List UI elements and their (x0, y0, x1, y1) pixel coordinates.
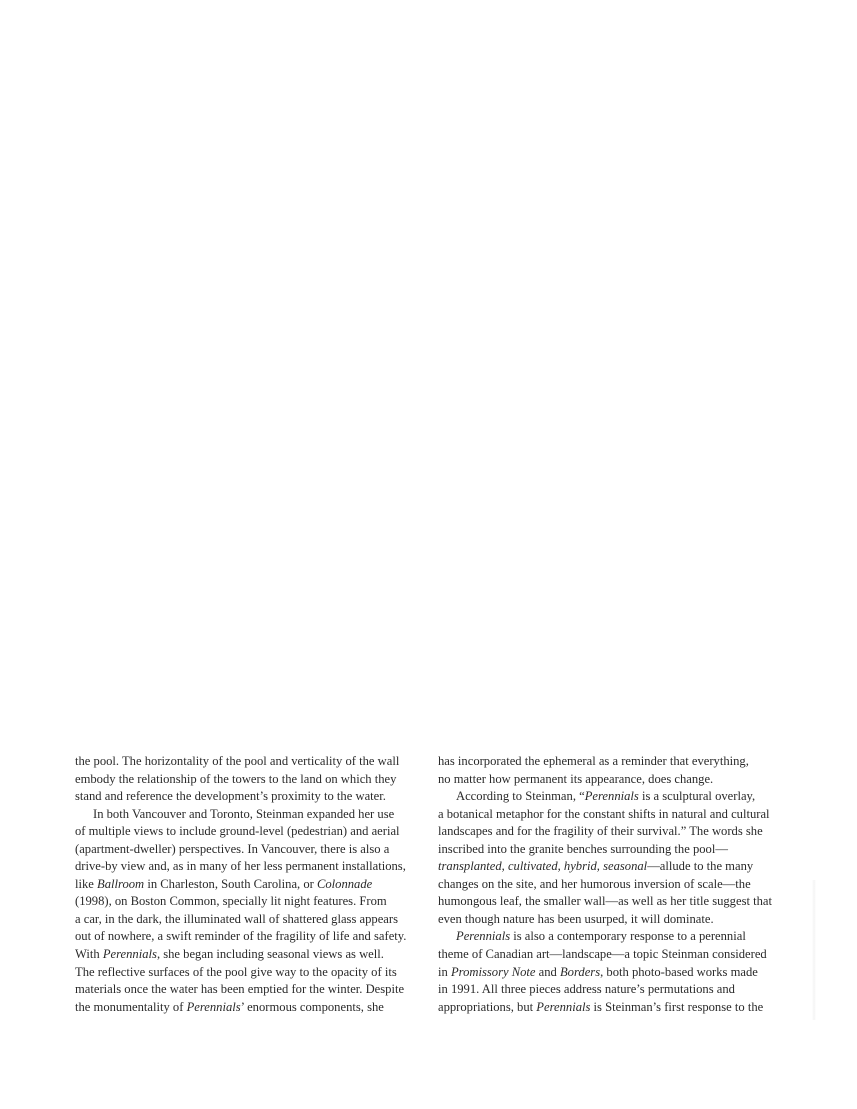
text-line: the pool. The horizontality of the pool … (75, 753, 420, 771)
text-segment: (1998), on Boston Common, specially lit … (75, 894, 387, 908)
text-segment: changes on the site, and her humorous in… (438, 877, 751, 891)
inscribed-words: transplanted, cultivated, hybrid, season… (438, 859, 647, 873)
text-line: theme of Canadian art—landscape—a topic … (438, 946, 788, 964)
text-segment: the pool. The horizontality of the pool … (75, 754, 399, 768)
text-segment: out of nowhere, a swift reminder of the … (75, 929, 406, 943)
text-line: no matter how permanent its appearance, … (438, 771, 788, 789)
text-line: materials once the water has been emptie… (75, 981, 420, 999)
text-line: the monumentality of Perennials’ enormou… (75, 999, 420, 1017)
text-segment: is a sculptural overlay, (639, 789, 755, 803)
text-line: has incorporated the ephemeral as a remi… (438, 753, 788, 771)
text-segment: in 1991. All three pieces address nature… (438, 982, 735, 996)
text-line: appropriations, but Perennials is Steinm… (438, 999, 788, 1017)
text-segment: stand and reference the development’s pr… (75, 789, 386, 803)
scan-edge-shadow (812, 880, 816, 1020)
artwork-title: Colonnade (317, 877, 372, 891)
text-segment: theme of Canadian art—landscape—a topic … (438, 947, 767, 961)
artwork-title: Promissory Note (451, 965, 536, 979)
text-segment: drive-by view and, as in many of her les… (75, 859, 406, 873)
text-line: changes on the site, and her humorous in… (438, 876, 788, 894)
text-segment: even though nature has been usurped, it … (438, 912, 714, 926)
text-segment: embody the relationship of the towers to… (75, 772, 396, 786)
text-line: humongous leaf, the smaller wall—as well… (438, 893, 788, 911)
text-line: embody the relationship of the towers to… (75, 771, 420, 789)
paragraph-start-line: In both Vancouver and Toronto, Steinman … (75, 806, 420, 824)
text-segment: inscribed into the granite benches surro… (438, 842, 728, 856)
text-segment: , both photo-based works made (600, 965, 758, 979)
text-segment: With (75, 947, 103, 961)
text-segment: —allude to the many (647, 859, 753, 873)
paragraph-start-line: Perennials is also a contemporary respon… (438, 928, 788, 946)
artwork-title: Ballroom (97, 877, 144, 891)
text-segment: is also a contemporary response to a per… (510, 929, 746, 943)
text-line: in 1991. All three pieces address nature… (438, 981, 788, 999)
text-segment: In both Vancouver and Toronto, Steinman … (93, 807, 394, 821)
artwork-title: Perennials (536, 1000, 590, 1014)
text-segment: a botanical metaphor for the constant sh… (438, 807, 770, 821)
text-line: The reflective surfaces of the pool give… (75, 964, 420, 982)
text-segment: appropriations, but (438, 1000, 536, 1014)
text-line: out of nowhere, a swift reminder of the … (75, 928, 420, 946)
text-segment: landscapes and for the fragility of thei… (438, 824, 763, 838)
text-line: (1998), on Boston Common, specially lit … (75, 893, 420, 911)
text-line: in Promissory Note and Borders, both pho… (438, 964, 788, 982)
text-segment: ’ enormous components, she (241, 1000, 384, 1014)
paragraph-start-line: According to Steinman, “Perennials is a … (438, 788, 788, 806)
artwork-title: Perennials (585, 789, 639, 803)
text-segment: materials once the water has been emptie… (75, 982, 404, 996)
text-segment: of multiple views to include ground-leve… (75, 824, 400, 838)
artwork-title: Perennials (187, 1000, 241, 1014)
text-segment: in Charleston, South Carolina, or (144, 877, 317, 891)
text-segment: and (536, 965, 560, 979)
text-line: (apartment-dweller) perspectives. In Van… (75, 841, 420, 859)
text-segment: (apartment-dweller) perspectives. In Van… (75, 842, 389, 856)
text-segment: the monumentality of (75, 1000, 187, 1014)
text-line: inscribed into the granite benches surro… (438, 841, 788, 859)
text-line: like Ballroom in Charleston, South Carol… (75, 876, 420, 894)
left-text-column: the pool. The horizontality of the pool … (75, 753, 420, 1016)
text-segment: is Steinman’s first response to the (590, 1000, 763, 1014)
text-line: of multiple views to include ground-leve… (75, 823, 420, 841)
text-segment: , she began including seasonal views as … (157, 947, 384, 961)
right-text-column: has incorporated the ephemeral as a remi… (438, 753, 788, 1016)
text-segment: like (75, 877, 97, 891)
text-line: even though nature has been usurped, it … (438, 911, 788, 929)
artwork-title: Perennials (103, 947, 157, 961)
text-line: transplanted, cultivated, hybrid, season… (438, 858, 788, 876)
text-segment: has incorporated the ephemeral as a remi… (438, 754, 749, 768)
text-line: stand and reference the development’s pr… (75, 788, 420, 806)
text-segment: According to Steinman, “ (456, 789, 585, 803)
text-line: a car, in the dark, the illuminated wall… (75, 911, 420, 929)
text-line: landscapes and for the fragility of thei… (438, 823, 788, 841)
artwork-title: Borders (560, 965, 600, 979)
text-line: drive-by view and, as in many of her les… (75, 858, 420, 876)
text-segment: no matter how permanent its appearance, … (438, 772, 713, 786)
page: the pool. The horizontality of the pool … (0, 0, 857, 1109)
text-segment: humongous leaf, the smaller wall—as well… (438, 894, 772, 908)
text-segment: a car, in the dark, the illuminated wall… (75, 912, 398, 926)
text-segment: The reflective surfaces of the pool give… (75, 965, 397, 979)
text-line: a botanical metaphor for the constant sh… (438, 806, 788, 824)
artwork-title: Perennials (456, 929, 510, 943)
text-line: With Perennials, she began including sea… (75, 946, 420, 964)
text-segment: in (438, 965, 451, 979)
